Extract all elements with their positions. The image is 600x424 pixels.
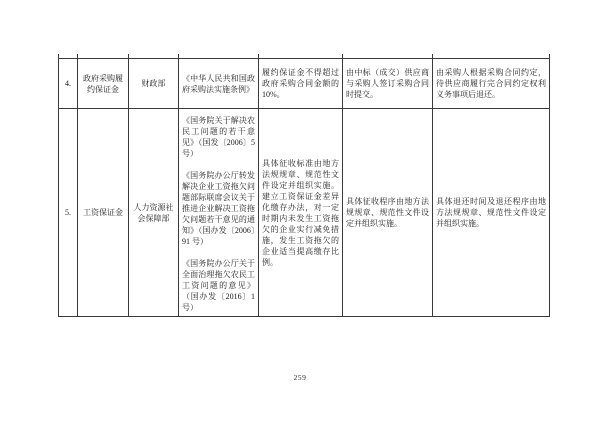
document-page: 4. 政府采购履约保证金 财政部 《中华人民共和国政府采购法实施条例》 履约保证… <box>0 0 600 424</box>
legal-basis-cell: 《中华人民共和国政府采购法实施条例》 <box>179 59 259 109</box>
item-name-cell: 工资保证金 <box>78 109 129 317</box>
deposit-items-table: 4. 政府采购履约保证金 财政部 《中华人民共和国政府采购法实施条例》 履约保证… <box>58 54 550 317</box>
legal-basis-paragraph: 《中华人民共和国政府采购法实施条例》 <box>182 73 255 95</box>
standard-cell: 履约保证金不得超过政府采购合同金额的 10%。 <box>259 59 343 109</box>
legal-basis-paragraph: 《国务院办公厅关于全面治理拖欠农民工工资问题的意见》（国办发〔2016〕1 号） <box>182 258 255 313</box>
refund-cell: 由采购人根据采购合同约定，待供应商履行完合同约定权利义务事项后退还。 <box>433 59 550 109</box>
department-cell: 人力资源社会保障部 <box>129 109 179 317</box>
row-number-cell: 5. <box>59 109 78 317</box>
legal-basis-paragraph: 《国务院关于解决农民工问题的若干意见》（国发〔2006〕5 号） <box>182 115 255 159</box>
refund-cell: 具体退还时间及退还程序由地方法规规章、规范性文件设定并组织实施。 <box>433 109 550 317</box>
table-row: 5. 工资保证金 人力资源社会保障部 《国务院关于解决农民工问题的若干意见》（国… <box>59 109 550 317</box>
legal-basis-paragraph: 《国务院办公厅转发解决企业工资拖欠问题部际联席会议关于推进企业解决工资拖欠问题若… <box>182 170 255 247</box>
table-row: 4. 政府采购履约保证金 财政部 《中华人民共和国政府采购法实施条例》 履约保证… <box>59 59 550 109</box>
collection-cell: 具体征收程序由地方法规规章、规范性文件设定并组织实施。 <box>343 109 433 317</box>
legal-basis-cell: 《国务院关于解决农民工问题的若干意见》（国发〔2006〕5 号） 《国务院办公厅… <box>179 109 259 317</box>
collection-cell: 由中标（成交）供应商与采购人签订采购合同时提交。 <box>343 59 433 109</box>
item-name-cell: 政府采购履约保证金 <box>78 59 129 109</box>
standard-cell: 具体征收标准由地方法规规章、规范性文件设定并组织实施。建立工资保证金差异化缴存办… <box>259 109 343 317</box>
row-number-cell: 4. <box>59 59 78 109</box>
department-cell: 财政部 <box>129 59 179 109</box>
page-number: 259 <box>0 373 600 382</box>
